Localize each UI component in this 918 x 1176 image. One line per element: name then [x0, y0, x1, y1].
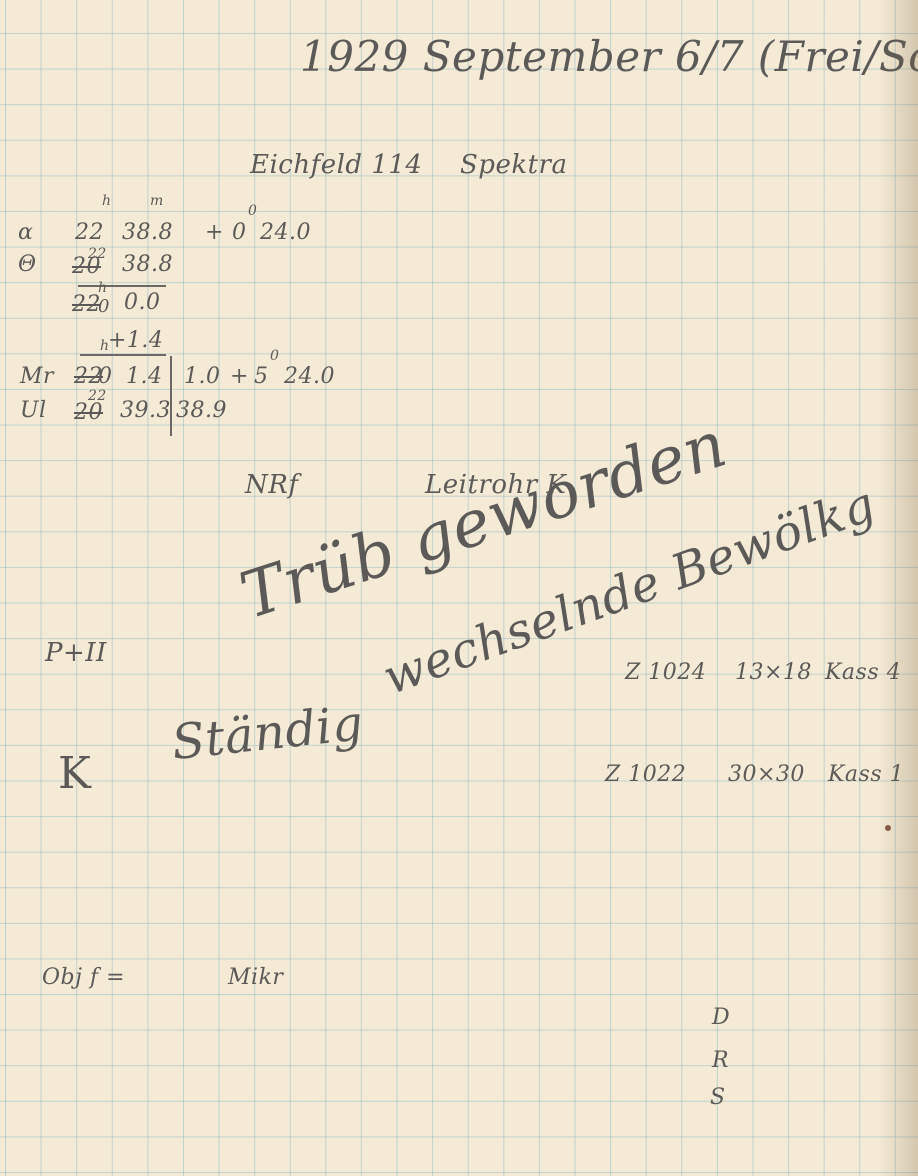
degree-unit: 0: [248, 203, 257, 219]
weather-line-3: Ständig: [169, 695, 366, 771]
ink-spot: [885, 825, 891, 831]
mr-col2: 1.0: [184, 364, 221, 389]
mr-label: Mr: [20, 364, 54, 389]
mr-minutes: 1.4: [126, 364, 163, 389]
plate-number: Z 1024: [625, 660, 706, 685]
theta-symbol: Θ: [18, 252, 37, 277]
plate-marker: K: [58, 748, 91, 799]
ul-col2: 38.9: [176, 398, 227, 423]
plate-size: 30×30: [728, 762, 805, 787]
mr-dec-sign: +: [230, 364, 249, 389]
micrometer-label: Mikr: [228, 965, 283, 990]
initial: R: [712, 1048, 729, 1073]
plate-number: Z 1022: [605, 762, 686, 787]
diff-hours: 0: [98, 296, 110, 317]
mr-dec-deg: 5: [254, 364, 269, 389]
mr-hours: 0: [98, 364, 113, 389]
alpha-dec-sign: +: [205, 220, 224, 245]
ul-minutes: 39.3: [120, 398, 171, 423]
diff-minutes: 0.0: [124, 290, 161, 315]
notebook-page: 1929 September 6/7 (Frei/Sod) Eichfeld 1…: [0, 0, 918, 1176]
minute-unit: m: [150, 193, 164, 209]
ul-label: Ul: [20, 398, 47, 423]
alpha-minutes: 38.8: [122, 220, 173, 245]
correction-line: [80, 354, 166, 356]
object-name: Eichfeld 114: [250, 150, 422, 180]
plate-cassette: Kass 4: [825, 660, 901, 685]
objective-label: Obj f =: [42, 965, 125, 990]
initial: S: [710, 1085, 726, 1110]
instrument-left: NRf: [245, 470, 298, 500]
date-heading: 1929 September 6/7 (Frei/Sod): [300, 32, 918, 81]
correction-value: +1.4: [108, 328, 163, 353]
alpha-hours: 22: [75, 220, 104, 245]
diff-struck: 22: [72, 292, 101, 317]
mr-degree-unit: 0: [270, 348, 279, 364]
alpha-symbol: α: [18, 220, 33, 245]
sum-line: [78, 285, 166, 287]
ul-struck: 20: [74, 400, 103, 425]
plate-cassette: Kass 1: [828, 762, 904, 787]
theta-minutes: 38.8: [122, 252, 173, 277]
column-divider: [170, 356, 172, 436]
plate-size: 13×18: [735, 660, 812, 685]
initial: D: [712, 1005, 730, 1030]
alpha-dec-deg: 0: [232, 220, 247, 245]
alpha-dec-min: 24.0: [260, 220, 311, 245]
hour-unit: h: [102, 193, 112, 209]
plate-marker: P+II: [45, 638, 107, 668]
object-label: Spektra: [460, 150, 567, 180]
theta-struck-hours: 20: [72, 254, 101, 279]
mr-dec-min: 24.0: [284, 364, 335, 389]
